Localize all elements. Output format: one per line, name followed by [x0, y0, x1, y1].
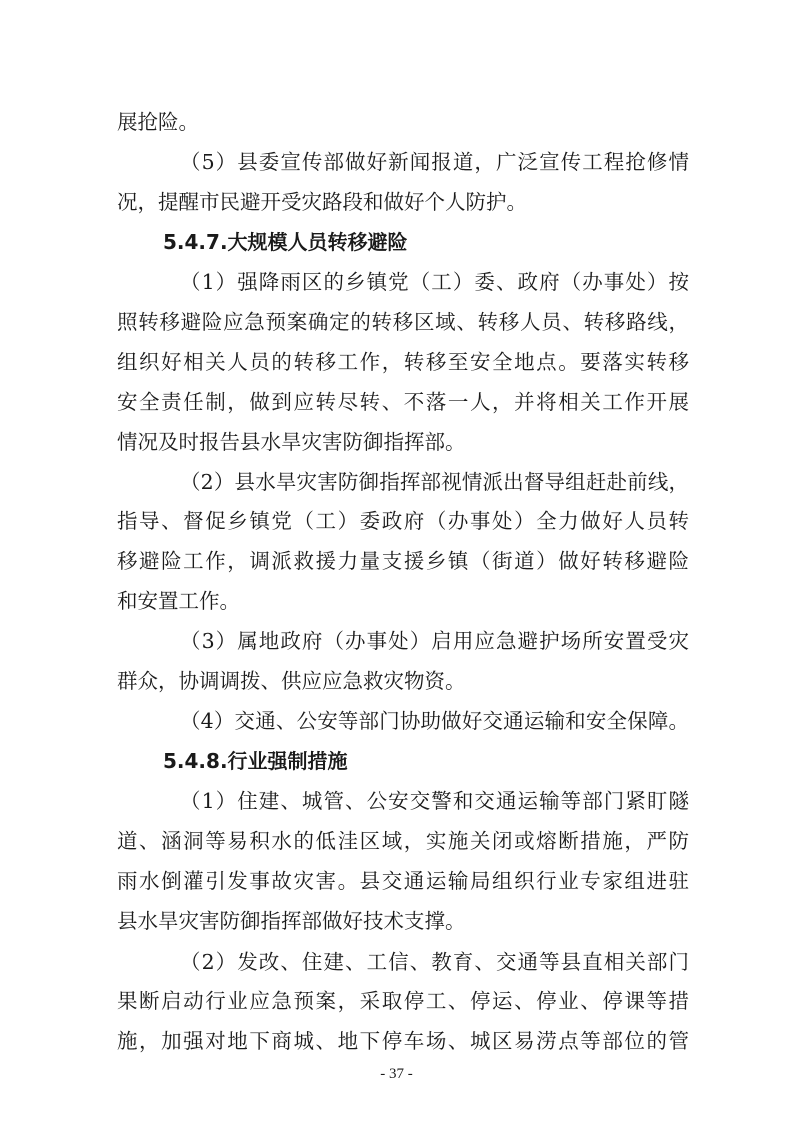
- page-number: - 37 -: [0, 1066, 793, 1083]
- text-line: 指导、督促乡镇党（工）委政府（办事处）全力做好人员转: [117, 505, 689, 537]
- text-line: 县水旱灾害防御指挥部做好技术支撑。: [117, 905, 689, 937]
- text-line: 施，加强对地下商城、地下停车场、城区易涝点等部位的管: [117, 1025, 689, 1057]
- text-line: （4）交通、公安等部门协助做好交通运输和安全保障。: [180, 705, 689, 737]
- text-line: 安全责任制，做到应转尽转、不落一人，并将相关工作开展: [117, 386, 689, 418]
- section-heading: 5.4.8.行业强制措施: [163, 745, 348, 777]
- text-line: 况，提醒市民避开受灾路段和做好个人防护。: [117, 186, 689, 218]
- text-line: 情况及时报告县水旱灾害防御指挥部。: [117, 426, 689, 458]
- document-page: 展抢险。 （5）县委宣传部做好新闻报道，广泛宣传工程抢修情 况，提醒市民避开受灾…: [0, 0, 793, 1122]
- text-line: 和安置工作。: [117, 585, 689, 617]
- text-line: （2）县水旱灾害防御指挥部视情派出督导组赶赴前线，: [180, 466, 689, 498]
- section-heading: 5.4.7.大规模人员转移避险: [163, 226, 408, 258]
- text-line: 群众，协调调拨、供应应急救灾物资。: [117, 665, 689, 697]
- text-line: （1）住建、城管、公安交警和交通运输等部门紧盯隧: [180, 785, 689, 817]
- text-line: 果断启动行业应急预案，采取停工、停运、停业、停课等措: [117, 985, 689, 1017]
- text-line: 移避险工作，调派救援力量支援乡镇（街道）做好转移避险: [117, 545, 689, 577]
- text-line: 组织好相关人员的转移工作，转移至安全地点。要落实转移: [117, 346, 689, 378]
- text-line: （5）县委宣传部做好新闻报道，广泛宣传工程抢修情: [180, 146, 689, 178]
- text-line: （2）发改、住建、工信、教育、交通等县直相关部门: [180, 946, 689, 978]
- text-line: 道、涵洞等易积水的低洼区域，实施关闭或熔断措施，严防: [117, 825, 689, 857]
- text-line: （3）属地政府（办事处）启用应急避护场所安置受灾: [180, 625, 689, 657]
- text-line: （1）强降雨区的乡镇党（工）委、政府（办事处）按: [180, 266, 689, 298]
- text-line: 照转移避险应急预案确定的转移区域、转移人员、转移路线，: [117, 306, 689, 338]
- text-line: 雨水倒灌引发事故灾害。县交通运输局组织行业专家组进驻: [117, 865, 689, 897]
- text-line: 展抢险。: [117, 106, 689, 138]
